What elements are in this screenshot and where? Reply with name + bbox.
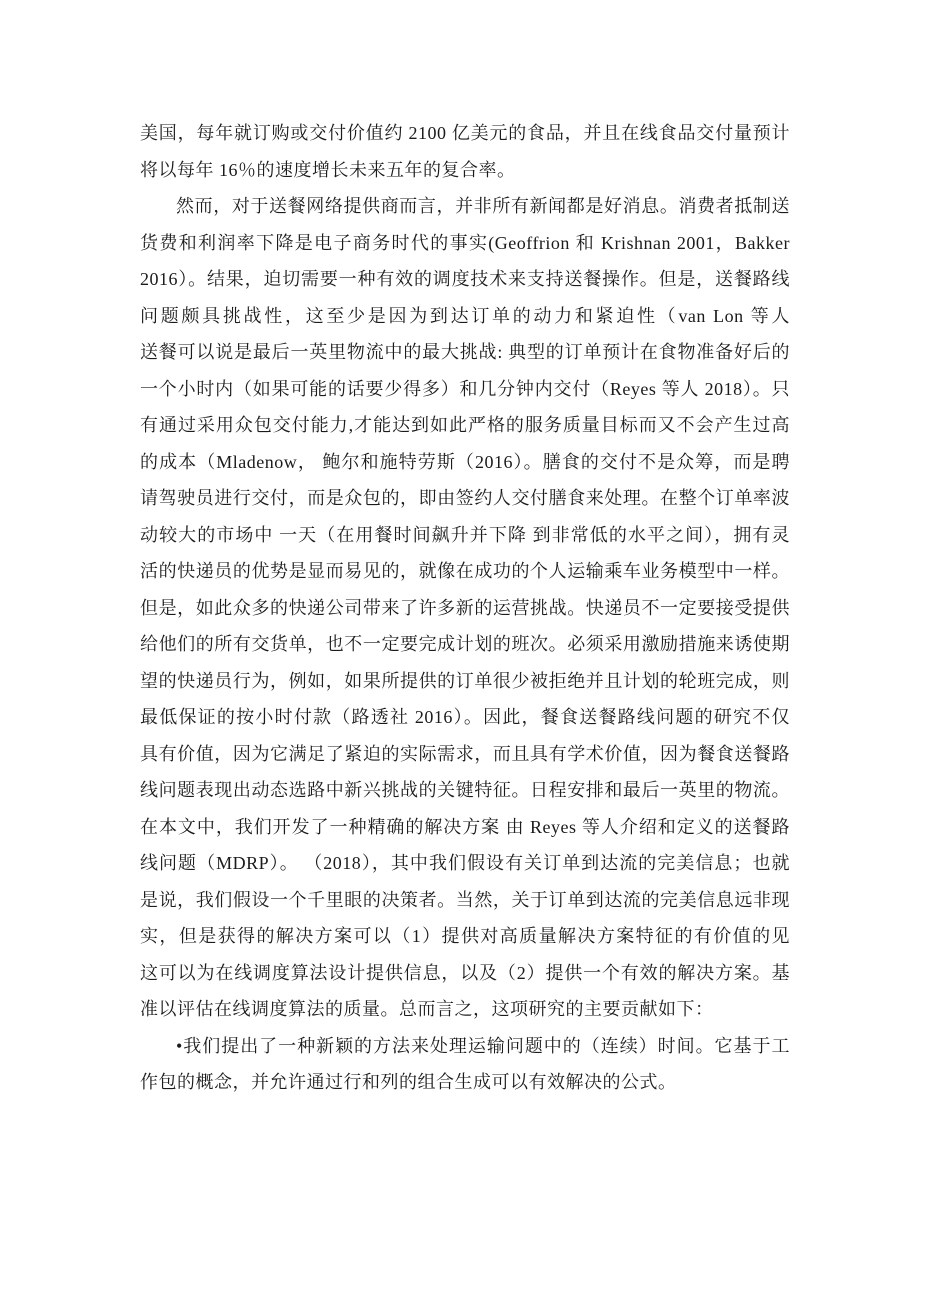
text-line: 线问题表现出动态选路中新兴挑战的关键特征。日程安排和最后一英里的物流。: [140, 772, 790, 809]
text-line: 具有价值，因为它满足了紧迫的实际需求，而且具有学术价值，因为餐食送餐路: [140, 736, 790, 773]
paragraph-main-discussion: 然而，对于送餐网络提供商而言，并非所有新闻都是好消息。消费者抵制送货费和利润率下…: [140, 188, 790, 1028]
text-line: 动较大的市场中 一天（在用餐时间飙升并下降 到非常低的水平之间），拥有灵: [140, 517, 790, 554]
text-line: 的成本（Mladenow， 鲍尔和施特劳斯（2016）。膳食的交付不是众筹，而是…: [140, 444, 790, 481]
paragraph-intro-continuation: 美国，每年就订购或交付价值约 2100 亿美元的食品，并且在线食品交付量预计将以…: [140, 115, 790, 188]
text-line: 但是，如此众多的快递公司带来了许多新的运营挑战。快递员不一定要接受提供: [140, 590, 790, 627]
text-line: 一个小时内（如果可能的话要少得多）和几分钟内交付（Reyes 等人 2018）。…: [140, 371, 790, 408]
document-body: 美国，每年就订购或交付价值约 2100 亿美元的食品，并且在线食品交付量预计将以…: [140, 115, 790, 1101]
text-line: 活的快递员的优势是显而易见的，就像在成功的个人运输乘车业务模型中一样。: [140, 553, 790, 590]
text-line: 有通过采用众包交付能力,才能达到如此严格的服务质量目标而又不会产生过高: [140, 407, 790, 444]
paragraph-bullet-contribution: •我们提出了一种新颖的方法来处理运输问题中的（连续）时间。它基于工作包的概念，并…: [140, 1028, 790, 1101]
text-line: 将以每年 16％的速度增长未来五年的复合率。: [140, 152, 790, 189]
text-line: 实，但是获得的解决方案可以（1）提供对高质量解决方案特征的有价值的见解，: [140, 918, 790, 955]
text-line: 准以评估在线调度算法的质量。总而言之，这项研究的主要贡献如下：: [140, 991, 790, 1028]
text-line: 请驾驶员进行交付，而是众包的，即由签约人交付膳食来处理。在整个订单率波: [140, 480, 790, 517]
text-line: 最低保证的按小时付款（路透社 2016）。因此，餐食送餐路线问题的研究不仅: [140, 699, 790, 736]
text-line: 送餐可以说是最后一英里物流中的最大挑战: 典型的订单预计在食物准备好后的: [140, 334, 790, 371]
text-line: 这可以为在线调度算法设计提供信息，以及（2）提供一个有效的解决方案。基: [140, 955, 790, 992]
text-line: 货费和利润率下降是电子商务时代的事实(Geoffrion 和 Krishnan …: [140, 225, 790, 262]
text-line: 线问题（MDRP）。 （2018），其中我们假设有关订单到达流的完美信息；也就: [140, 845, 790, 882]
document-page: 美国，每年就订购或交付价值约 2100 亿美元的食品，并且在线食品交付量预计将以…: [0, 0, 926, 1309]
text-line: 然而，对于送餐网络提供商而言，并非所有新闻都是好消息。消费者抵制送: [140, 188, 790, 225]
text-line: 作包的概念，并允许通过行和列的组合生成可以有效解决的公式。: [140, 1064, 790, 1101]
text-line: 2016）。结果，迫切需要一种有效的调度技术来支持送餐操作。但是，送餐路线: [140, 261, 790, 298]
text-line: •我们提出了一种新颖的方法来处理运输问题中的（连续）时间。它基于工: [140, 1028, 790, 1065]
text-line: 在本文中，我们开发了一种精确的解决方案 由 Reyes 等人介绍和定义的送餐路: [140, 809, 790, 846]
text-line: 望的快递员行为，例如，如果所提供的订单很少被拒绝并且计划的轮班完成，则: [140, 663, 790, 700]
text-line: 是说，我们假设一个千里眼的决策者。当然，关于订单到达流的完美信息远非现: [140, 882, 790, 919]
text-line: 美国，每年就订购或交付价值约 2100 亿美元的食品，并且在线食品交付量预计: [140, 115, 790, 152]
text-line: 给他们的所有交货单，也不一定要完成计划的班次。必须采用激励措施来诱使期: [140, 626, 790, 663]
text-line: 问题颇具挑战性，这至少是因为到达订单的动力和紧迫性（van Lon 等人 201…: [140, 298, 790, 335]
